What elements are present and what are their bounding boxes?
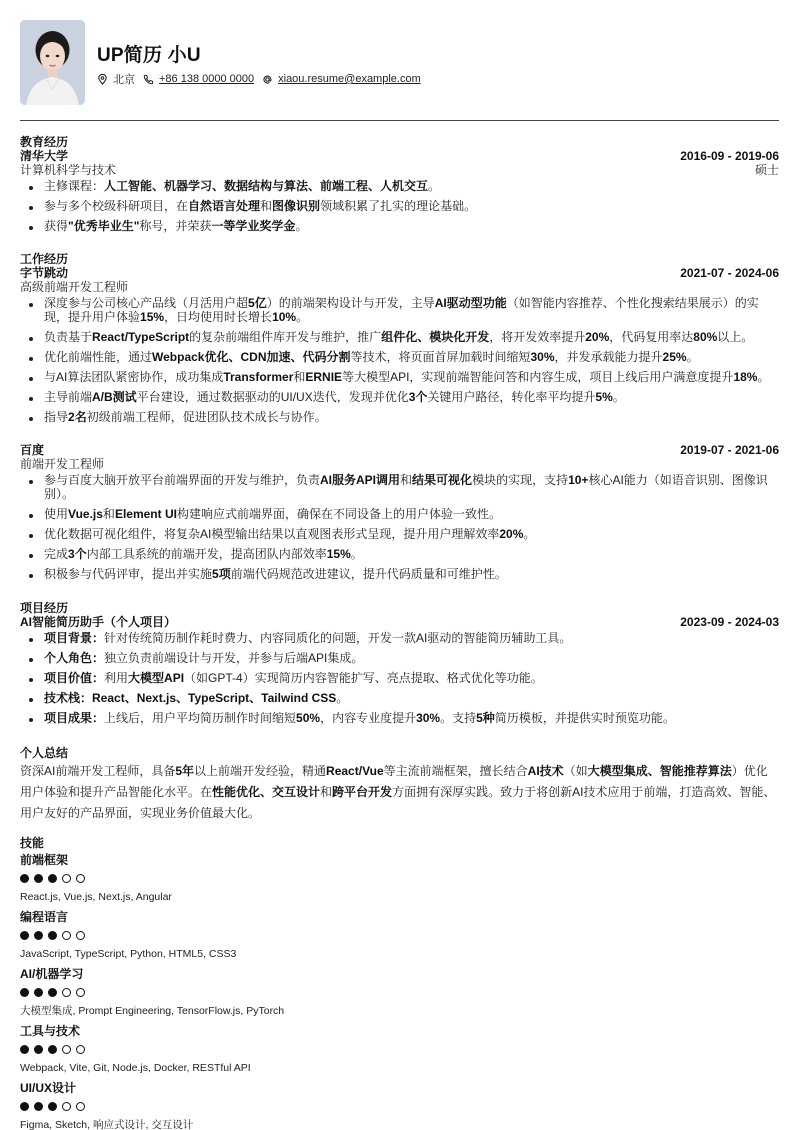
bullet-item: 获得"优秀毕业生"称号，并荣获一等学业奖学金。 [20, 220, 779, 234]
skill-item: UI/UX设计Figma, Sketch, 响应式设计, 交互设计 [20, 1081, 779, 1130]
filled-dot-icon [34, 1045, 43, 1054]
work-bullets: 参与百度大脑开放平台前端界面的开发与维护，负责AI服务API调用和结果可视化模块… [20, 474, 779, 581]
empty-dot-icon [76, 874, 85, 883]
section-work: 工作经历 字节跳动 2021-07 - 2024-06 高级前端开发工程师 深度… [20, 252, 779, 431]
empty-dot-icon [62, 874, 71, 883]
bullet-item: 与AI算法团队紧密协作，成功集成Transformer和ERNIE等大模型API… [20, 371, 779, 385]
skill-keywords: 大模型集成, Prompt Engineering, TensorFlow.js… [20, 1004, 779, 1018]
company-name: 字节跳动 [20, 266, 68, 280]
project-entry-header: AI智能简历助手（个人项目） 2023-09 - 2024-03 [20, 615, 779, 629]
skills-list: 前端框架React.js, Vue.js, Next.js, Angular编程… [20, 853, 779, 1130]
skill-keywords: Figma, Sketch, 响应式设计, 交互设计 [20, 1118, 779, 1130]
filled-dot-icon [34, 931, 43, 940]
section-title: 个人总结 [20, 746, 779, 760]
section-title: 项目经历 [20, 601, 779, 615]
bullet-item: 优化数据可视化组件，将复杂AI模型输出结果以直观图表形式呈现，提升用户理解效率2… [20, 528, 779, 542]
bullet-item: 技术栈：React、Next.js、TypeScript、Tailwind CS… [20, 692, 779, 706]
filled-dot-icon [48, 931, 57, 940]
empty-dot-icon [62, 1102, 71, 1111]
filled-dot-icon [20, 988, 29, 997]
bullet-item: 参与多个校级科研项目，在自然语言处理和图像识别领域积累了扎实的理论基础。 [20, 200, 779, 214]
filled-dot-icon [20, 1045, 29, 1054]
work-entry-header: 字节跳动 2021-07 - 2024-06 [20, 266, 779, 280]
filled-dot-icon [34, 988, 43, 997]
skill-item: AI/机器学习大模型集成, Prompt Engineering, Tensor… [20, 967, 779, 1018]
bullet-item: 深度参与公司核心产品线（月活用户超5亿）的前端架构设计与开发，主导AI驱动型功能… [20, 297, 779, 324]
skill-keywords: React.js, Vue.js, Next.js, Angular [20, 890, 779, 904]
empty-dot-icon [76, 1102, 85, 1111]
skill-item: 前端框架React.js, Vue.js, Next.js, Angular [20, 853, 779, 904]
section-skills: 技能 前端框架React.js, Vue.js, Next.js, Angula… [20, 836, 779, 1130]
school-name: 清华大学 [20, 149, 68, 163]
filled-dot-icon [48, 988, 57, 997]
resume-header: UP简历 小U 北京 +86 138 0000 0000 [20, 0, 779, 120]
summary-text: 资深AI前端开发工程师，具备5年以上前端开发经验，精通React/Vue等主流前… [20, 761, 779, 824]
skill-name: UI/UX设计 [20, 1081, 779, 1095]
bullet-item: 优化前端性能，通过Webpack优化、CDN加速、代码分割等技术，将页面首屏加载… [20, 351, 779, 365]
education-date: 2016-09 - 2019-06 [680, 149, 779, 163]
project-name: AI智能简历助手（个人项目） [20, 615, 176, 629]
bullet-item: 主导前端A/B测试平台建设，通过数据驱动的UI/UX迭代，发现并优化3个关键用户… [20, 391, 779, 405]
skill-level-rating [20, 1102, 779, 1112]
skill-name: AI/机器学习 [20, 967, 779, 981]
phone[interactable]: +86 138 0000 0000 [143, 73, 254, 85]
empty-dot-icon [62, 931, 71, 940]
bullet-item: 项目成果：上线后，用户平均简历制作时间缩短50%，内容专业度提升30%。支持5种… [20, 712, 779, 726]
filled-dot-icon [20, 931, 29, 940]
skill-keywords: Webpack, Vite, Git, Node.js, Docker, RES… [20, 1061, 779, 1075]
filled-dot-icon [20, 874, 29, 883]
education-entry-sub: 计算机科学与技术 硕士 [20, 163, 779, 177]
avatar [20, 20, 85, 105]
work-date: 2021-07 - 2024-06 [680, 266, 779, 280]
skill-level-rating [20, 1045, 779, 1055]
section-title: 教育经历 [20, 135, 779, 149]
bullet-item: 积极参与代码评审，提出并实施5项前端代码规范改进建议，提升代码质量和可维护性。 [20, 568, 779, 582]
section-title: 技能 [20, 836, 779, 850]
location: 北京 [97, 71, 135, 87]
filled-dot-icon [48, 1102, 57, 1111]
skill-name: 工具与技术 [20, 1024, 779, 1038]
empty-dot-icon [76, 1045, 85, 1054]
work-date: 2019-07 - 2021-06 [680, 443, 779, 457]
work-entry-baidu: 百度 2019-07 - 2021-06 前端开发工程师 参与百度大脑开放平台前… [20, 443, 779, 588]
degree: 硕士 [755, 163, 779, 177]
project-bullets: 项目背景：针对传统简历制作耗时费力、内容同质化的问题，开发一款AI驱动的智能简历… [20, 632, 779, 726]
skill-name: 编程语言 [20, 910, 779, 924]
contact-info: 北京 +86 138 0000 0000 xiaou.resume@exampl… [97, 71, 429, 87]
work-entry-sub: 前端开发工程师 [20, 457, 779, 471]
project-date: 2023-09 - 2024-03 [680, 615, 779, 629]
section-projects: 项目经历 AI智能简历助手（个人项目） 2023-09 - 2024-03 项目… [20, 601, 779, 732]
bullet-item: 参与百度大脑开放平台前端界面的开发与维护，负责AI服务API调用和结果可视化模块… [20, 474, 779, 501]
section-summary: 个人总结 资深AI前端开发工程师，具备5年以上前端开发经验，精通React/Vu… [20, 746, 779, 824]
filled-dot-icon [48, 874, 57, 883]
bullet-item: 项目价值：利用大模型API（如GPT-4）实现简历内容智能扩写、亮点提取、格式优… [20, 672, 779, 686]
empty-dot-icon [76, 931, 85, 940]
bullet-item: 项目背景：针对传统简历制作耗时费力、内容同质化的问题，开发一款AI驱动的智能简历… [20, 632, 779, 646]
empty-dot-icon [76, 988, 85, 997]
skill-name: 前端框架 [20, 853, 779, 867]
at-sign-icon [262, 74, 273, 85]
bullet-item: 使用Vue.js和Element UI构建响应式前端界面，确保在不同设备上的用户… [20, 508, 779, 522]
filled-dot-icon [20, 1102, 29, 1111]
phone-link[interactable]: +86 138 0000 0000 [159, 73, 254, 85]
education-bullets: 主修课程：人工智能、机器学习、数据结构与算法、前端工程、人机交互。参与多个校级科… [20, 180, 779, 234]
filled-dot-icon [34, 1102, 43, 1111]
work-bullets: 深度参与公司核心产品线（月活用户超5亿）的前端架构设计与开发，主导AI驱动型功能… [20, 297, 779, 424]
major: 计算机科学与技术 [20, 163, 116, 177]
email[interactable]: xiaou.resume@example.com [262, 73, 421, 85]
map-pin-icon [97, 74, 108, 85]
bullet-item: 主修课程：人工智能、机器学习、数据结构与算法、前端工程、人机交互。 [20, 180, 779, 194]
resume-page: UP简历 小U 北京 +86 138 0000 0000 [20, 0, 779, 120]
bullet-item: 个人角色：独立负责前端设计与开发，并参与后端API集成。 [20, 652, 779, 666]
work-entry-header: 百度 2019-07 - 2021-06 [20, 443, 779, 457]
bullet-item: 负责基于React/TypeScript的复杂前端组件库开发与维护，推广组件化、… [20, 331, 779, 345]
job-title: 前端开发工程师 [20, 457, 104, 471]
empty-dot-icon [62, 988, 71, 997]
skill-level-rating [20, 931, 779, 941]
bullet-item: 指导2名初级前端工程师，促进团队技术成长与协作。 [20, 411, 779, 425]
bullet-item: 完成3个内部工具系统的前端开发，提高团队内部效率15%。 [20, 548, 779, 562]
skill-item: 工具与技术Webpack, Vite, Git, Node.js, Docker… [20, 1024, 779, 1075]
skill-level-rating [20, 988, 779, 998]
empty-dot-icon [62, 1045, 71, 1054]
skill-level-rating [20, 874, 779, 884]
location-text: 北京 [113, 71, 135, 87]
section-education: 教育经历 清华大学 2016-09 - 2019-06 计算机科学与技术 硕士 … [20, 135, 779, 240]
skill-item: 编程语言JavaScript, TypeScript, Python, HTML… [20, 910, 779, 961]
phone-icon [143, 74, 154, 85]
job-title: 高级前端开发工程师 [20, 280, 128, 294]
email-link[interactable]: xiaou.resume@example.com [278, 73, 421, 85]
education-entry-header: 清华大学 2016-09 - 2019-06 [20, 149, 779, 163]
filled-dot-icon [34, 874, 43, 883]
portrait-image [20, 20, 85, 105]
filled-dot-icon [48, 1045, 57, 1054]
header-divider [20, 120, 779, 121]
skill-keywords: JavaScript, TypeScript, Python, HTML5, C… [20, 947, 779, 961]
work-entry-sub: 高级前端开发工程师 [20, 280, 779, 294]
section-title: 工作经历 [20, 252, 779, 266]
candidate-name: UP简历 小U [97, 40, 201, 67]
company-name: 百度 [20, 443, 44, 457]
